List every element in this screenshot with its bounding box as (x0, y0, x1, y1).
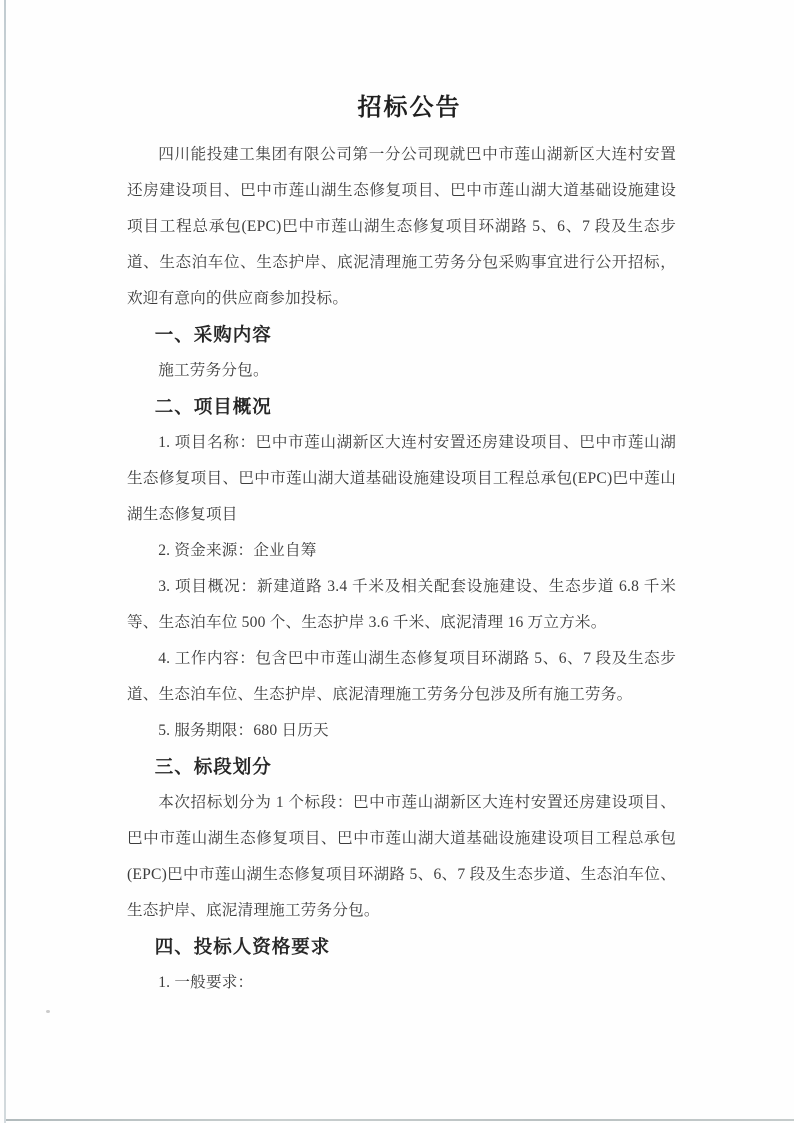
funding-source-paragraph: 2. 资金来源：企业自筹 (127, 533, 676, 569)
lot-division-paragraph: 本次招标划分为 1 个标段：巴中市莲山湖新区大连村安置还房建设项目、巴中市莲山湖… (127, 785, 676, 929)
scan-speck-artifact (46, 1010, 50, 1013)
section-heading-procurement-content: 一、采购内容 (127, 317, 676, 353)
scan-edge-left-line (4, 0, 6, 1123)
intro-paragraph: 四川能投建工集团有限公司第一分公司现就巴中市莲山湖新区大连村安置还房建设项目、巴… (127, 137, 676, 317)
service-period-paragraph: 5. 服务期限：680 日历天 (127, 713, 676, 749)
project-profile-paragraph: 3. 项目概况：新建道路 3.4 千米及相关配套设施建设、生态步道 6.8 千米… (127, 569, 676, 641)
section-heading-bidder-qualifications: 四、投标人资格要求 (127, 929, 676, 965)
document-page: 招标公告 四川能投建工集团有限公司第一分公司现就巴中市莲山湖新区大连村安置还房建… (0, 0, 794, 1123)
document-content: 招标公告 四川能投建工集团有限公司第一分公司现就巴中市莲山湖新区大连村安置还房建… (127, 88, 676, 1001)
page-title: 招标公告 (127, 88, 676, 128)
section-heading-project-overview: 二、项目概况 (127, 389, 676, 425)
general-requirements-paragraph: 1. 一般要求： (127, 965, 676, 1001)
section-heading-lot-division: 三、标段划分 (127, 749, 676, 785)
procurement-content-paragraph: 施工劳务分包。 (127, 353, 676, 389)
work-content-paragraph: 4. 工作内容：包含巴中市莲山湖生态修复项目环湖路 5、6、7 段及生态步道、生… (127, 641, 676, 713)
project-name-paragraph: 1. 项目名称：巴中市莲山湖新区大连村安置还房建设项目、巴中市莲山湖生态修复项目… (127, 425, 676, 533)
scan-edge-bottom-line (6, 1119, 794, 1121)
